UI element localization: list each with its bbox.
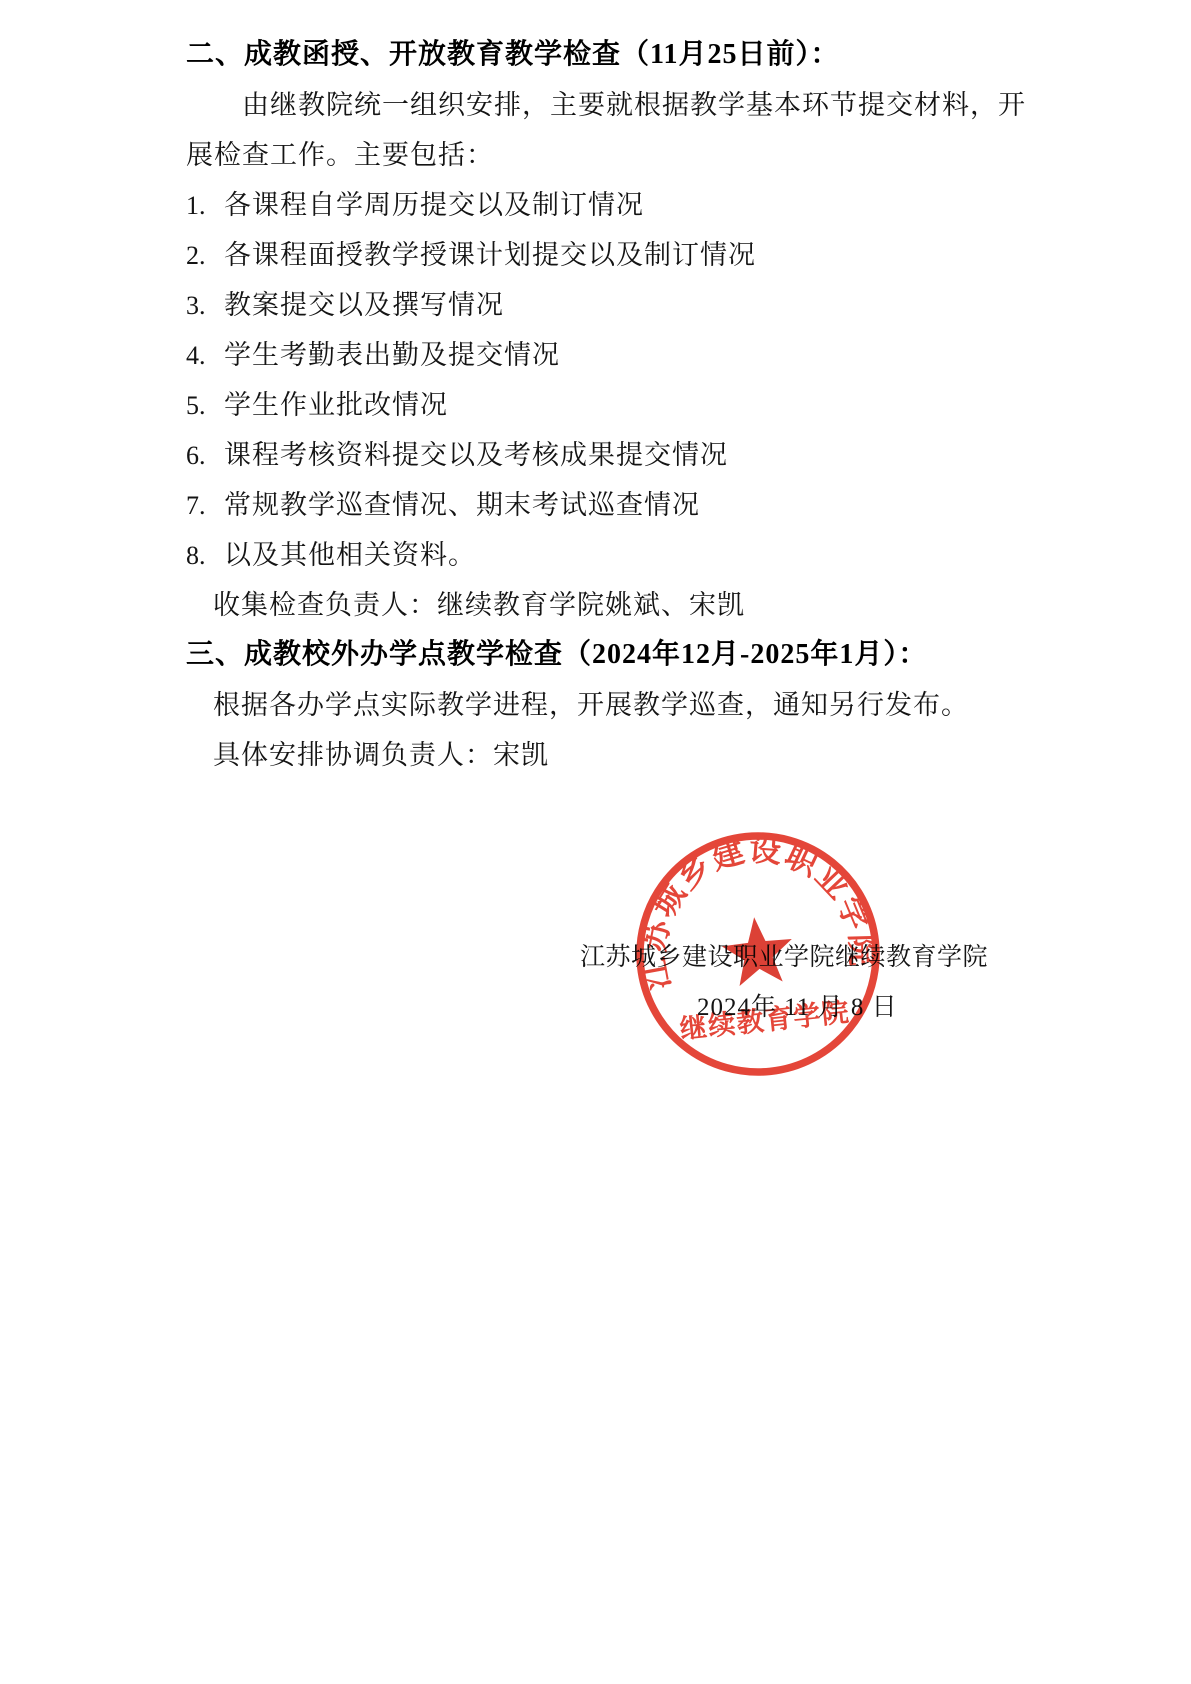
section3-body: 根据各办学点实际教学进程，开展教学巡查，通知另行发布。	[186, 680, 1031, 730]
list-item-number: 7.	[186, 481, 224, 531]
list-item: 1.各课程自学周历提交以及制订情况	[186, 180, 1031, 230]
section2-intro-line2: 展检查工作。主要包括：	[186, 130, 1031, 180]
section3-heading: 三、成教校外办学点教学检查（2024年12月-2025年1月）：	[186, 630, 1031, 680]
list-item: 5.学生作业批改情况	[186, 380, 1031, 430]
seal-star-icon	[719, 914, 796, 988]
seal-bottom-text: 继续教育学院	[678, 996, 851, 1046]
list-item: 7.常规教学巡查情况、期末考试巡查情况	[186, 480, 1031, 530]
list-item-text: 常规教学巡查情况、期末考试巡查情况	[224, 490, 700, 520]
list-item-number: 5.	[186, 381, 224, 431]
list-item-number: 1.	[186, 181, 224, 231]
list-item-text: 课程考核资料提交以及考核成果提交情况	[224, 440, 728, 470]
list-item: 6.课程考核资料提交以及考核成果提交情况	[186, 430, 1031, 480]
list-item: 3.教案提交以及撰写情况	[186, 280, 1031, 330]
list-item-number: 6.	[186, 431, 224, 481]
document-page: 二、成教函授、开放教育教学检查（11月25日前）： 由继教院统一组织安排，主要就…	[0, 0, 1191, 1684]
list-item-text: 以及其他相关资料。	[224, 540, 476, 570]
list-item-number: 8.	[186, 531, 224, 581]
section3-responsible: 具体安排协调负责人：宋凯	[186, 730, 1031, 780]
section2-intro-line1: 由继教院统一组织安排，主要就根据教学基本环节提交材料，开	[186, 80, 1031, 130]
list-item: 2.各课程面授教学授课计划提交以及制订情况	[186, 230, 1031, 280]
list-item-text: 学生考勤表出勤及提交情况	[224, 340, 560, 370]
section2-responsible: 收集检查负责人：继续教育学院姚斌、宋凯	[186, 580, 1031, 630]
official-seal-graphic: 江苏城乡建设职业学院 继续教育学院	[602, 798, 914, 1110]
document-body: 二、成教函授、开放教育教学检查（11月25日前）： 由继教院统一组织安排，主要就…	[186, 30, 1031, 780]
list-item-text: 各课程面授教学授课计划提交以及制订情况	[224, 240, 756, 270]
official-seal: 江苏城乡建设职业学院 继续教育学院	[602, 798, 914, 1110]
list-item-number: 3.	[186, 281, 224, 331]
list-item-number: 2.	[186, 231, 224, 281]
section2-heading: 二、成教函授、开放教育教学检查（11月25日前）：	[186, 30, 1031, 80]
list-item: 4.学生考勤表出勤及提交情况	[186, 330, 1031, 380]
list-item-text: 各课程自学周历提交以及制订情况	[224, 190, 644, 220]
list-item-number: 4.	[186, 331, 224, 381]
list-item-text: 教案提交以及撰写情况	[224, 290, 504, 320]
list-item-text: 学生作业批改情况	[224, 390, 448, 420]
list-item: 8.以及其他相关资料。	[186, 530, 1031, 580]
